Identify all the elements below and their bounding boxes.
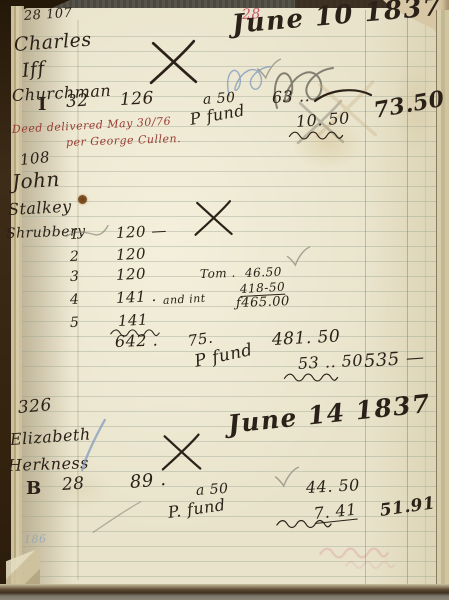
entry2-item-number: 2 (70, 250, 80, 264)
entry2-item-value: 120 — (116, 223, 168, 241)
entry1-row-qty: 32 (65, 92, 89, 111)
entry2-item4-note: and int (163, 293, 206, 306)
entry2-item-value: 120 (116, 266, 147, 283)
entry1-row-graves: 126 (120, 90, 155, 109)
entry1-name-line1: Charles (13, 31, 92, 55)
ledger-page-scan: 28 107 28 June 10 1837 Charles Iff Churc… (0, 0, 449, 600)
book-bottom-edge (0, 584, 449, 600)
entry3-row-qty: 28 (61, 475, 85, 494)
entry2-lot-number: 108 (19, 150, 51, 168)
entry2-name-line2: Stalkey (8, 199, 73, 218)
entry2-fund-amount: 53 .. 50 (298, 353, 364, 372)
entry2-item-value: 120 (116, 246, 147, 263)
book-spine (0, 0, 11, 600)
folio-number-pencil: 28 107 (24, 7, 73, 23)
entry2-item4-amount: ƒ465.00 (236, 295, 290, 310)
entry3-lot-number: 326 (17, 397, 52, 417)
entry1-row-amount: 63 .. (272, 88, 311, 106)
entry1-fund-amount: 10. 50 (295, 110, 350, 130)
entry3-row-graves: 89 . (129, 471, 167, 492)
vertical-rule (365, 10, 366, 588)
ink-blot (78, 195, 87, 204)
entry2-item-number: 1 (70, 228, 80, 242)
entry2-item3-amount: 46.50 (245, 266, 282, 279)
entry2-total: 535 — (363, 349, 425, 371)
entry2-item-number: 5 (70, 316, 80, 330)
entry2-item-value: 141 . (116, 289, 157, 306)
entry2-sum: 642 . (115, 332, 159, 349)
entry2-sum-rate: 75. (187, 331, 214, 349)
entry1-row-code: I (38, 96, 47, 114)
entry3-name-line2: Herkness (8, 455, 89, 474)
folio-number-bottom-blue: 186 (24, 533, 47, 545)
entry3-row-amount: 44. 50 (306, 477, 361, 496)
entry2-item3-note: Tom . (200, 267, 236, 280)
entry3-row-code: B (26, 480, 42, 498)
entry2-subtotal: 481. 50 (272, 328, 341, 349)
entry2-item-number: 3 (70, 270, 80, 284)
entry2-item-value: 141 (118, 312, 149, 329)
entry1-name-line2: Iff (21, 60, 46, 81)
entry2-name-line1: John (11, 169, 60, 192)
entry2-item-number: 4 (70, 293, 80, 307)
